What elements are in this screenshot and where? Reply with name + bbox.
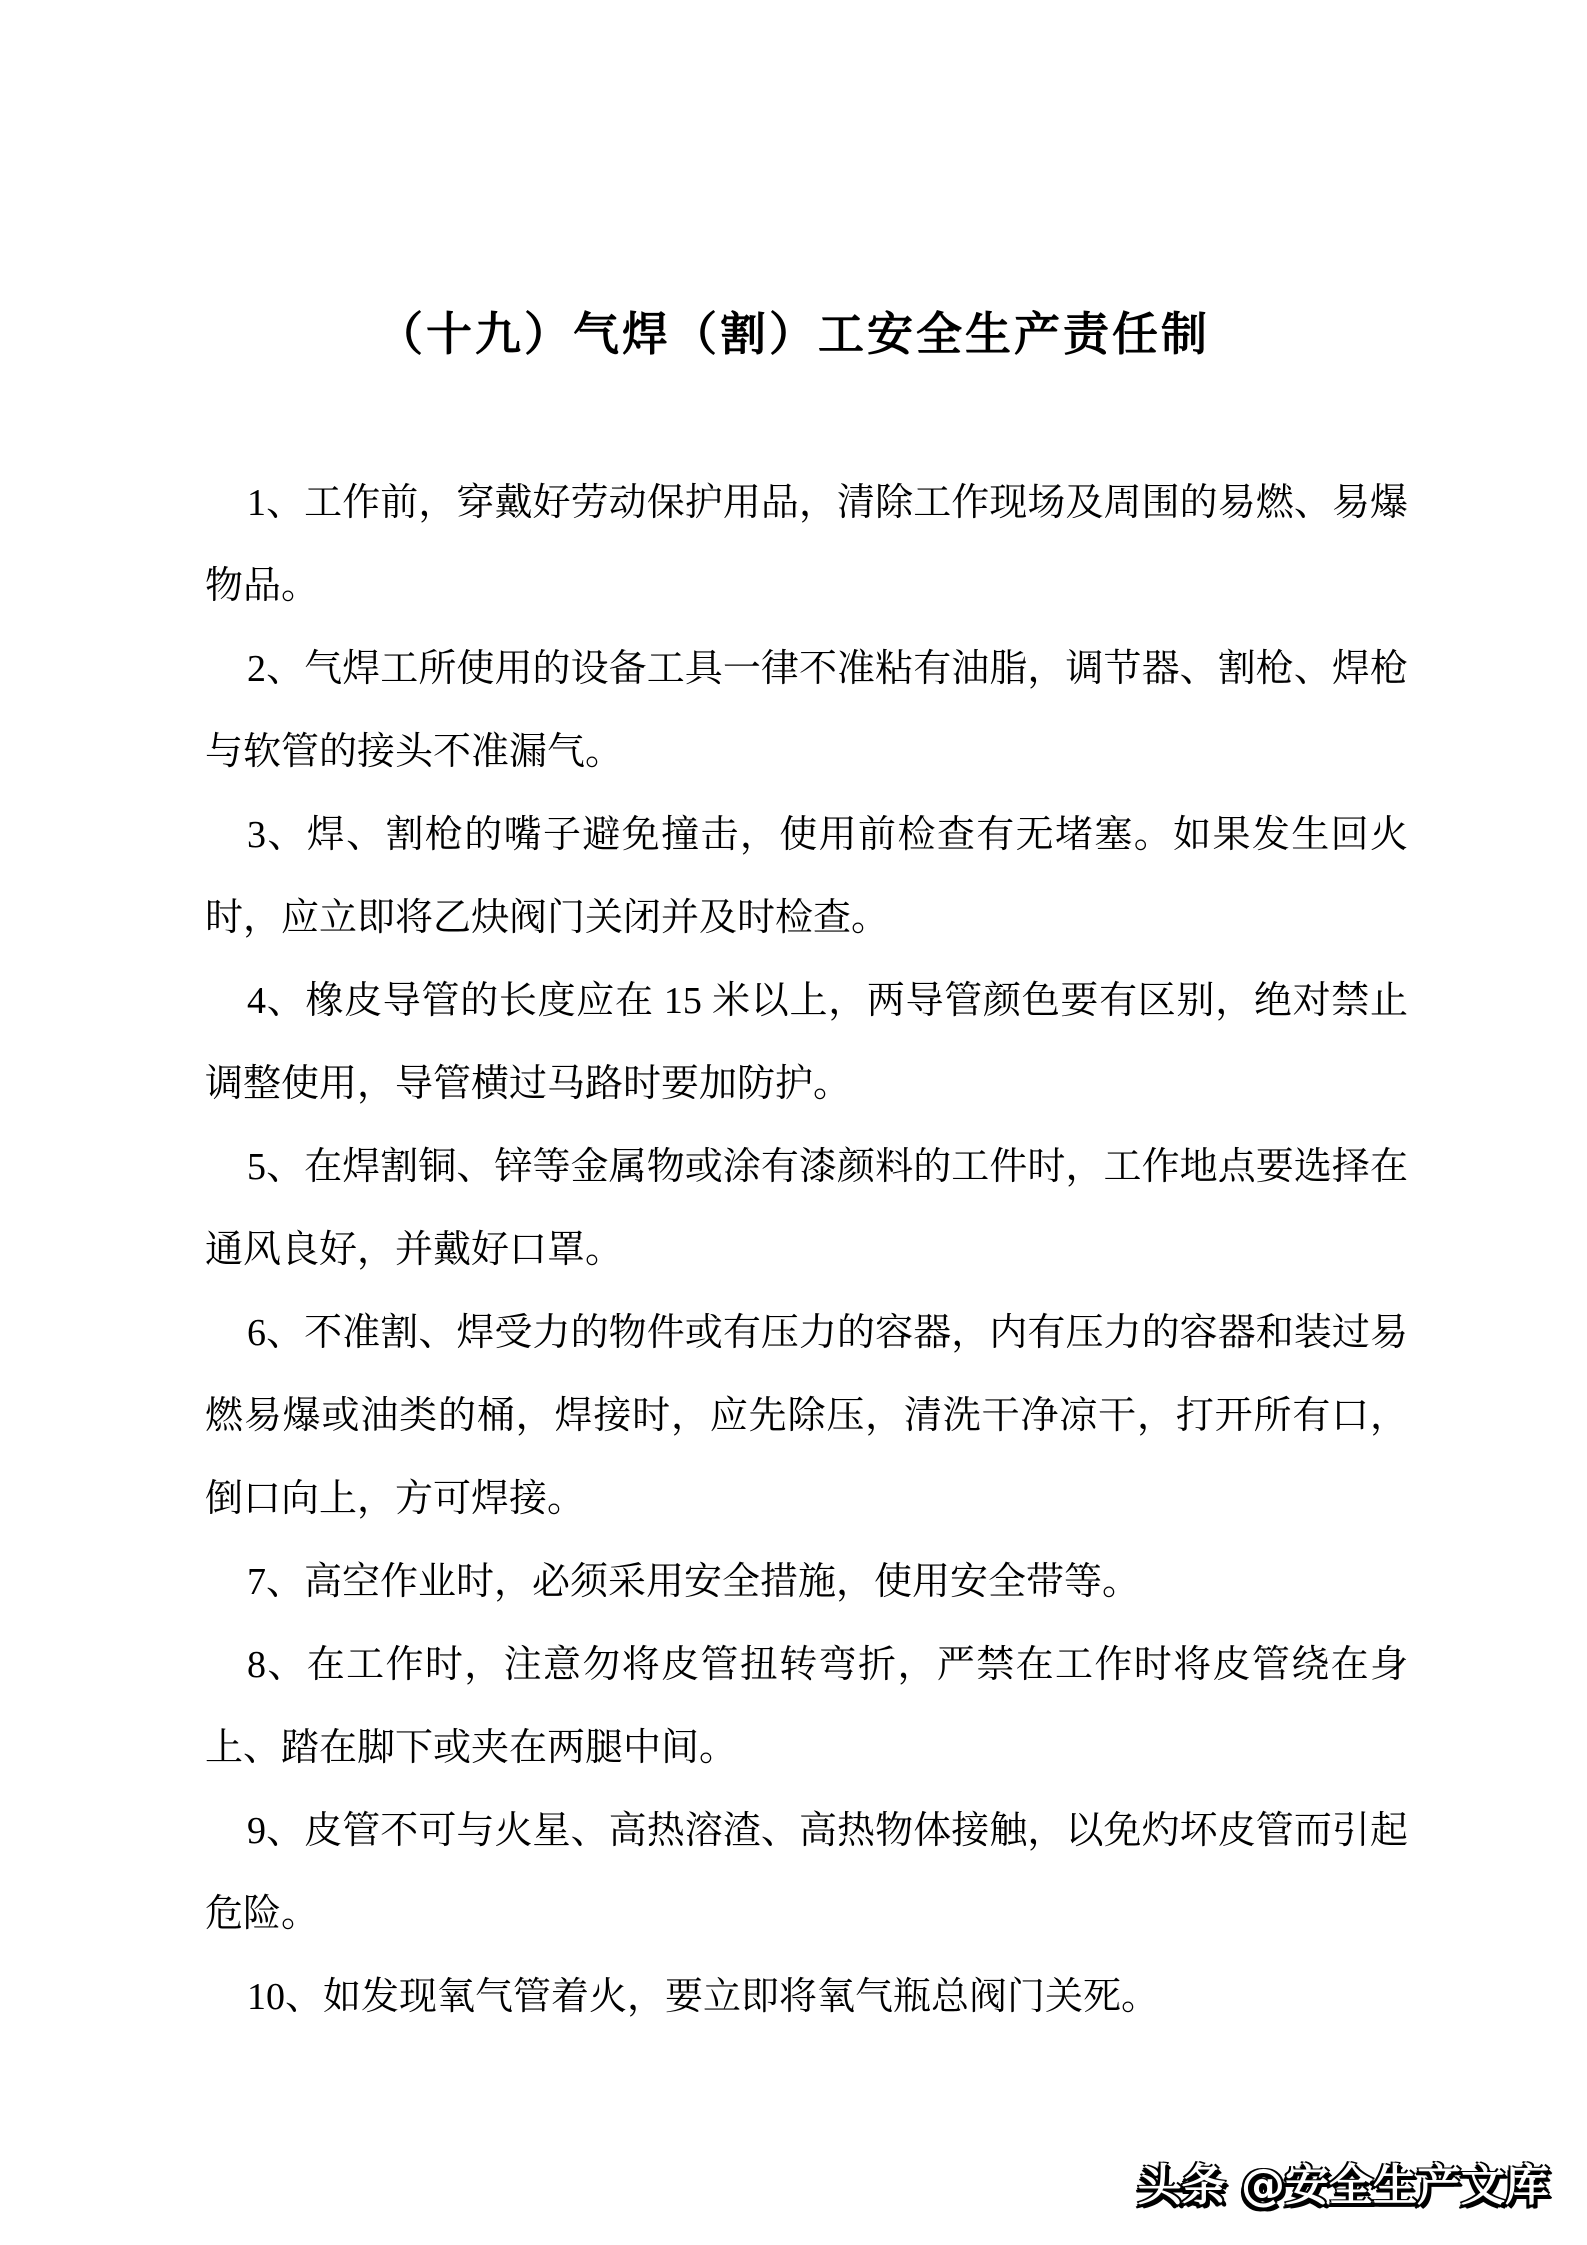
document-title: （十九）气焊（割）工安全生产责任制 <box>0 298 1587 364</box>
paragraph: 7、高空作业时，必须采用安全措施，使用安全带等。 <box>205 1541 1408 1624</box>
paragraph: 10、如发现氧气管着火，要立即将氧气瓶总阀门关死。 <box>205 1956 1408 2039</box>
watermark: 头条 @安全生产文库 <box>1138 2149 1549 2213</box>
paragraph: 4、橡皮导管的长度应在 15 米以上，两导管颜色要有区别，绝对禁止调整使用，导管… <box>205 960 1408 1126</box>
paragraph: 2、气焊工所使用的设备工具一律不准粘有油脂，调节器、割枪、焊枪与软管的接头不准漏… <box>205 628 1408 794</box>
paragraph: 5、在焊割铜、锌等金属物或涂有漆颜料的工件时，工作地点要选择在通风良好，并戴好口… <box>205 1126 1408 1292</box>
paragraph: 3、焊、割枪的嘴子避免撞击，使用前检查有无堵塞。如果发生回火时，应立即将乙炔阀门… <box>205 794 1408 960</box>
paragraph: 9、皮管不可与火星、高热溶渣、高热物体接触，以免灼坏皮管而引起危险。 <box>205 1790 1408 1956</box>
document-body: 1、工作前，穿戴好劳动保护用品，清除工作现场及周围的易燃、易爆物品。2、气焊工所… <box>205 462 1408 2039</box>
paragraph: 8、在工作时，注意勿将皮管扭转弯折，严禁在工作时将皮管绕在身上、踏在脚下或夹在两… <box>205 1624 1408 1790</box>
document-page: （十九）气焊（割）工安全生产责任制 1、工作前，穿戴好劳动保护用品，清除工作现场… <box>0 0 1587 2245</box>
paragraph: 6、不准割、焊受力的物件或有压力的容器，内有压力的容器和装过易燃易爆或油类的桶，… <box>205 1292 1408 1541</box>
paragraph: 1、工作前，穿戴好劳动保护用品，清除工作现场及周围的易燃、易爆物品。 <box>205 462 1408 628</box>
